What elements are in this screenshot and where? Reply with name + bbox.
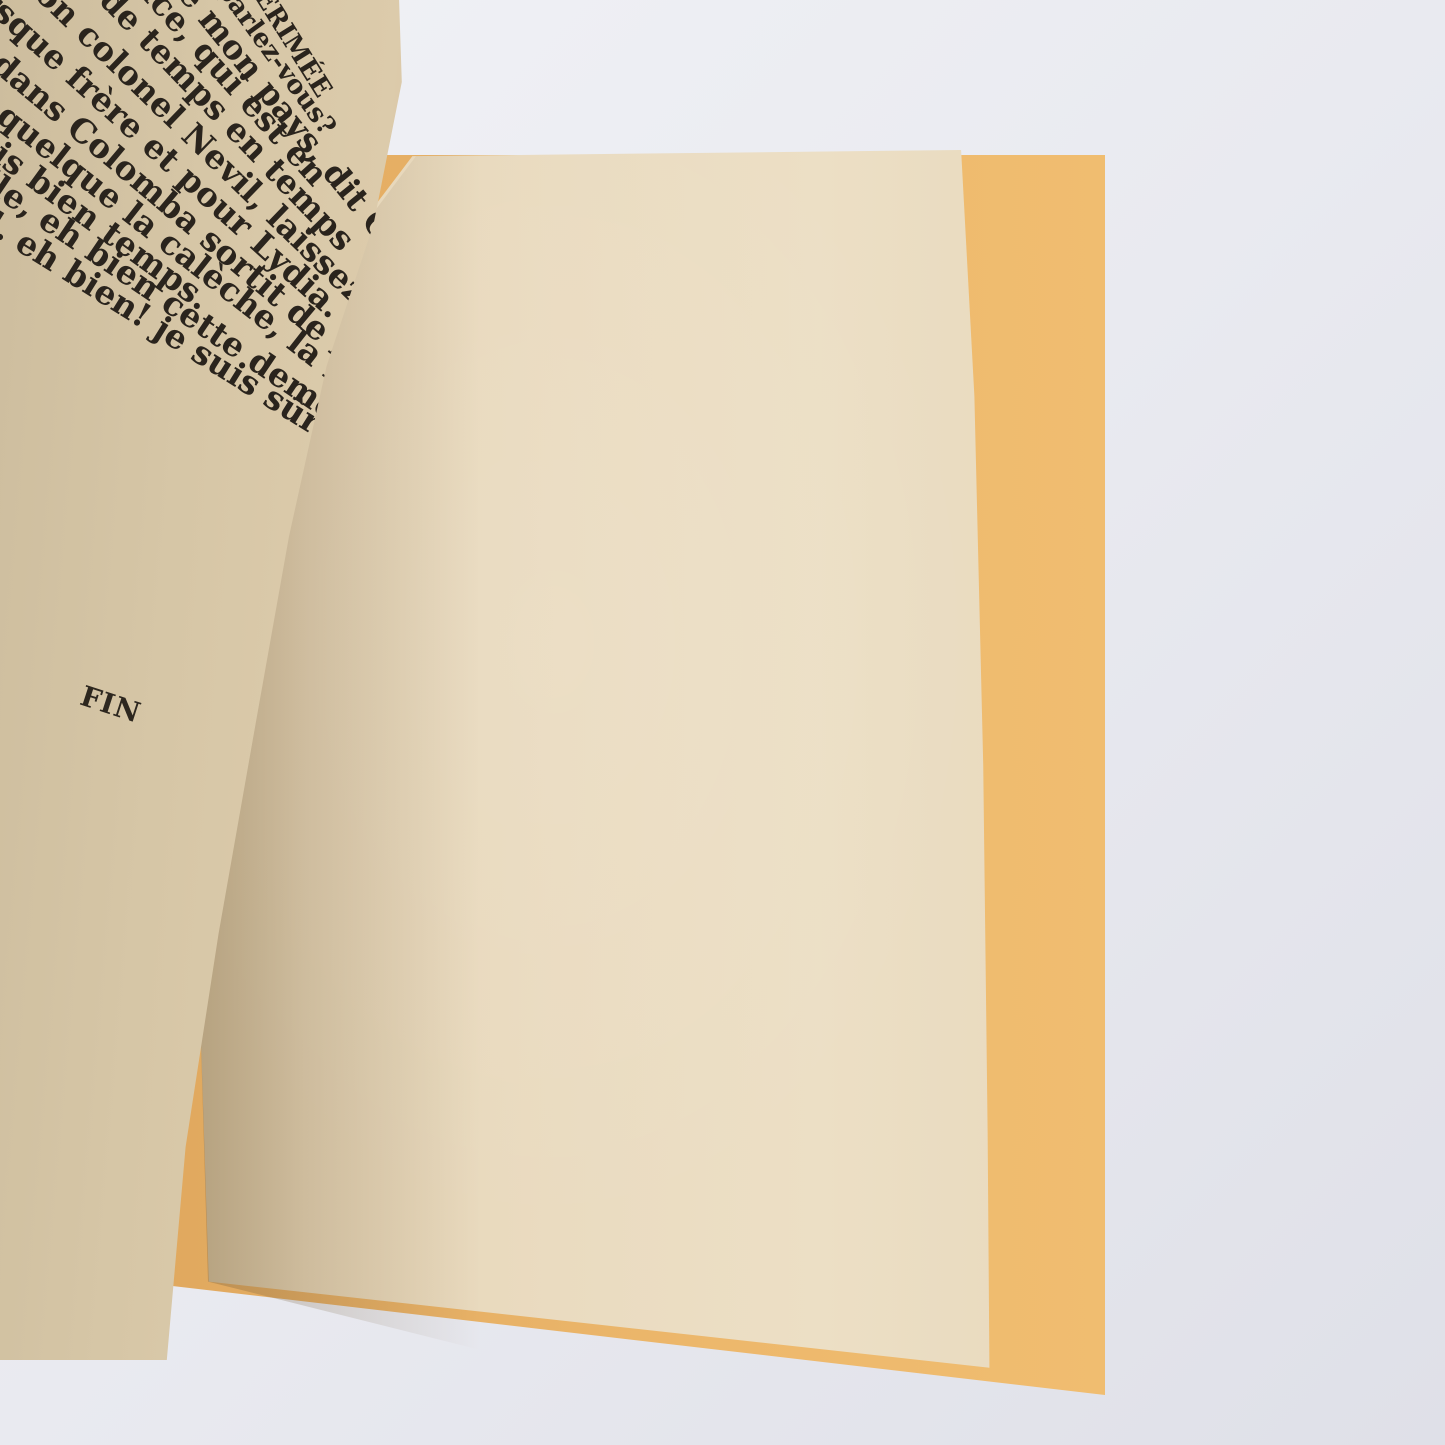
page-text-block: ER MÉRIMÉE able parlez-vous? ot de mon p… bbox=[0, 0, 386, 384]
photo-scene: ER MÉRIMÉE able parlez-vous? ot de mon p… bbox=[0, 0, 1445, 1445]
